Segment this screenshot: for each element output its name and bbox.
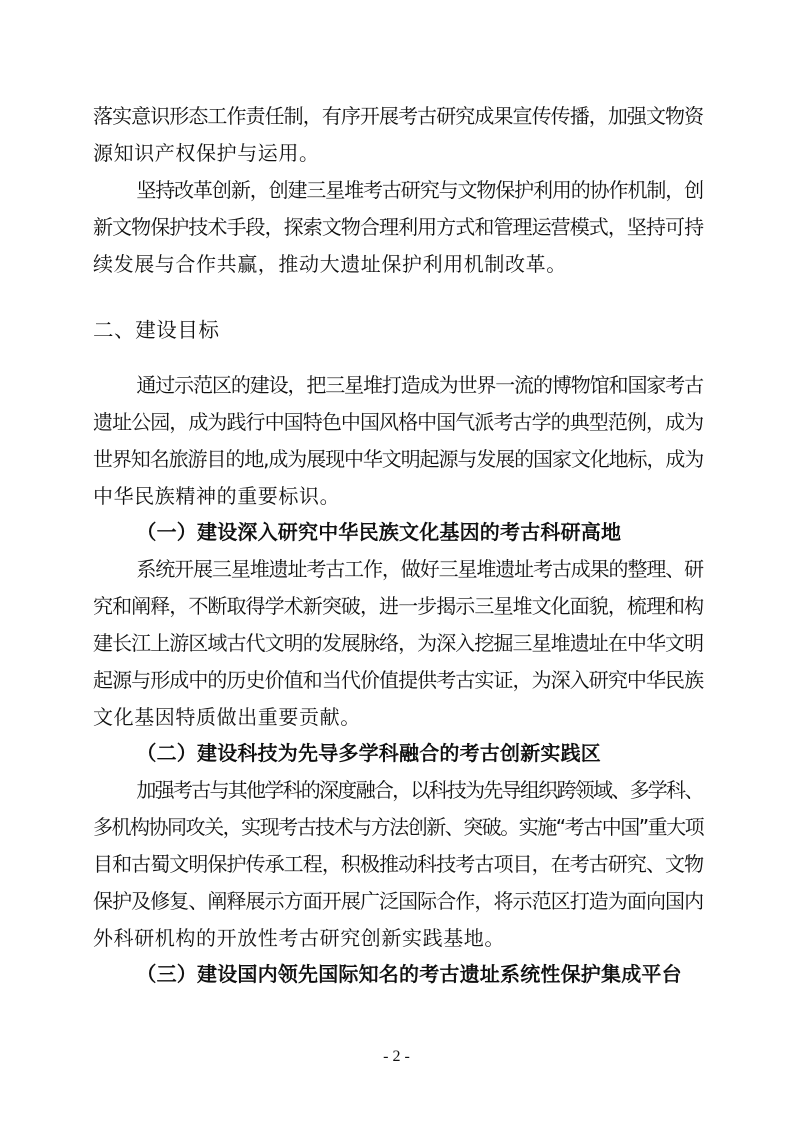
section-heading: 二、建设目标 bbox=[93, 318, 703, 342]
paragraph-line: 源知识产权保护与运用。 bbox=[93, 141, 703, 165]
paragraph-line: 新文物保护技术手段，探索文物合理利用方式和管理运营模式，坚持可持 bbox=[93, 215, 703, 239]
paragraph-line: 起源与形成中的历史价值和当代价值提供考古实证，为深入研究中华民族 bbox=[93, 668, 703, 692]
document-page: 落实意识形态工作责任制，有序开展考古研究成果宣传传播，加强文物资源知识产权保护与… bbox=[0, 0, 793, 1122]
paragraph-line: 世界知名旅游目的地,成为展现中华文明起源与发展的国家文化地标，成为 bbox=[93, 447, 703, 471]
subsection-heading: （一）建设深入研究中华民族文化基因的考古科研高地 bbox=[136, 520, 746, 544]
paragraph-line: 坚持改革创新，创建三星堆考古研究与文物保护利用的协作机制，创 bbox=[136, 178, 746, 202]
paragraph-line: 文化基因特质做出重要贡献。 bbox=[93, 705, 703, 729]
paragraph-line: 续发展与合作共赢，推动大遗址保护利用机制改革。 bbox=[93, 252, 703, 276]
paragraph-line: 加强考古与其他学科的深度融合，以科技为先导组织跨领域、多学科、 bbox=[136, 778, 746, 802]
paragraph-line: 外科研机构的开放性考古研究创新实践基地。 bbox=[93, 926, 703, 950]
paragraph-line: 建长江上游区域古代文明的发展脉络，为深入挖掘三星堆遗址在中华文明 bbox=[93, 631, 703, 655]
page-number: - 2 - bbox=[0, 1048, 793, 1066]
paragraph-line: 究和阐释，不断取得学术新突破，进一步揭示三星堆文化面貌，梳理和构 bbox=[93, 594, 703, 618]
paragraph-line: 保护及修复、阐释展示方面开展广泛国际合作，将示范区打造为面向国内 bbox=[93, 889, 703, 913]
paragraph-line: 落实意识形态工作责任制，有序开展考古研究成果宣传传播，加强文物资 bbox=[93, 104, 703, 128]
paragraph-line: 系统开展三星堆遗址考古工作，做好三星堆遗址考古成果的整理、研 bbox=[136, 557, 746, 581]
paragraph-line: 通过示范区的建设，把三星堆打造成为世界一流的博物馆和国家考古 bbox=[136, 373, 746, 397]
paragraph-line: 多机构协同攻关，实现考古技术与方法创新、突破。实施“考古中国”重大项 bbox=[93, 815, 703, 839]
paragraph-line: 遗址公园，成为践行中国特色中国风格中国气派考古学的典型范例，成为 bbox=[93, 410, 703, 434]
subsection-heading: （三）建设国内领先国际知名的考古遗址系统性保护集成平台 bbox=[136, 962, 746, 986]
subsection-heading: （二）建设科技为先导多学科融合的考古创新实践区 bbox=[136, 741, 746, 765]
paragraph-line: 中华民族精神的重要标识。 bbox=[93, 484, 703, 508]
paragraph-line: 目和古蜀文明保护传承工程，积极推动科技考古项目，在考古研究、文物 bbox=[93, 852, 703, 876]
